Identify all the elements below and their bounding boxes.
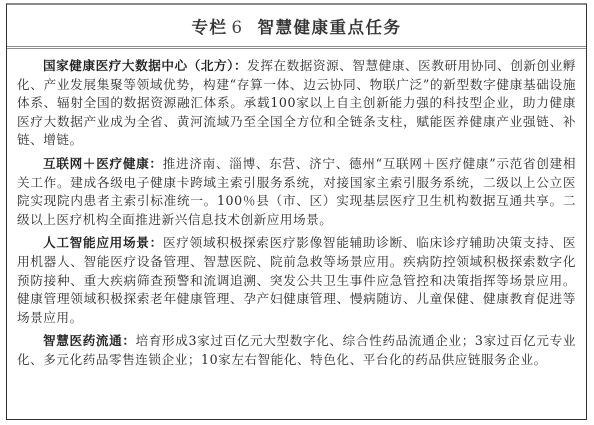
paragraph-internet-healthcare: 互联网＋医疗健康：推进济南、淄博、东营、济宁、德州“互联网＋医疗健康”示范省创建…	[17, 155, 576, 229]
column-body: 国家健康医疗大数据中心（北方）：发挥在数据资源、智慧健康、医教研用协同、创新创业…	[17, 57, 576, 375]
paragraph-lead: 人工智能应用场景：	[43, 235, 163, 250]
column-title: 专栏6智慧健康重点任务	[192, 14, 402, 38]
column-heading: 智慧健康重点任务	[258, 18, 402, 37]
paragraph-lead: 智慧医药流通：	[43, 333, 136, 348]
column-header: 专栏6智慧健康重点任务	[7, 5, 586, 49]
column-box: 专栏6智慧健康重点任务 国家健康医疗大数据中心（北方）：发挥在数据资源、智慧健康…	[6, 3, 587, 420]
paragraph-lead: 国家健康医疗大数据中心（北方）：	[43, 58, 247, 73]
column-number: 6	[232, 18, 244, 37]
paragraph-smart-pharma: 智慧医药流通：培育形成3家过百亿元大型数字化、综合性药品流通企业；3家过百亿元专…	[17, 332, 576, 369]
paragraph-lead: 互联网＋医疗健康：	[43, 156, 163, 171]
paragraph-ai-scenarios: 人工智能应用场景：医疗领域积极探索医疗影像智能辅助诊断、临床诊疗辅助决策支持、医…	[17, 234, 576, 327]
paragraph-big-data-center: 国家健康医疗大数据中心（北方）：发挥在数据资源、智慧健康、医教研用协同、创新创业…	[17, 57, 576, 150]
column-prefix: 专栏	[192, 18, 228, 37]
